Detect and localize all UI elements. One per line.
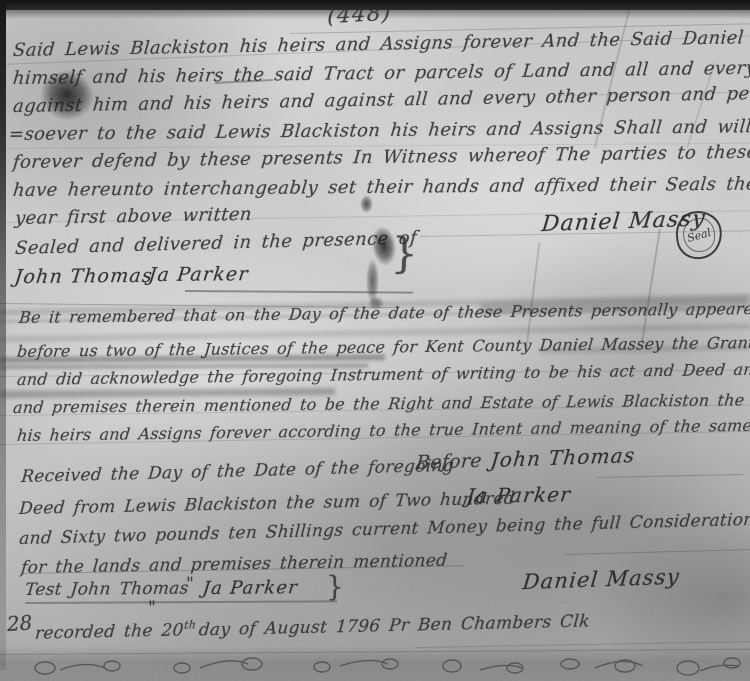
attestation-statement: Sealed and delivered in the presence of [14, 227, 418, 259]
test-witness-signature: Ja Parker [202, 577, 300, 599]
deed-line-4: =soever to the said Lewis Blackiston his… [8, 115, 750, 145]
margin-entry-number: 28 [6, 610, 33, 636]
ack-line-5: his heirs and Assigns forever according … [16, 415, 750, 445]
witness-signature-1: John Thomas [13, 265, 154, 288]
ink-blot [360, 195, 373, 213]
ditto-mark: " [186, 574, 194, 594]
ink-blot [368, 296, 384, 310]
recording-note: recorded the 20thday of August 1796 Pr B… [34, 609, 591, 643]
test-brace: } [326, 570, 344, 603]
test-label: Test John Thomas [24, 579, 190, 600]
ack-line-3: and did acknowledge the foregoing Instru… [16, 358, 750, 389]
receipt-line-1: Received the Day of the Date of the fore… [20, 456, 454, 487]
deed-line-2: himself and his heirs the said Tract or … [12, 56, 750, 89]
ditto-mark-below: " [148, 598, 156, 618]
receipt-line-2: Deed from Lewis Blackiston the sum of Tw… [18, 489, 516, 519]
scan-line [565, 549, 750, 555]
deed-line-6: have hereunto interchangeably set their … [12, 173, 750, 201]
deed-line-7: year first above written [14, 204, 253, 229]
underline [25, 600, 337, 603]
scan-edge-top-fade [0, 10, 750, 19]
recording-suffix: day of August 1796 Pr Ben Chambers Clk [198, 611, 591, 640]
recording-prefix: recorded the 20 [34, 620, 184, 643]
receipt-line-4: for the lands and premises therein menti… [20, 551, 448, 578]
receipt-signature: Daniel Massy [521, 565, 681, 595]
scanned-deed-page: (448) Said Lewis Blackiston his heirs an… [0, 0, 750, 681]
seal-inner-ring: Seal [683, 218, 716, 253]
signature-rule-line [185, 290, 413, 294]
flourish-marks [0, 648, 750, 681]
ack-line-1: Be it remembered that on the Day of the … [18, 299, 750, 327]
recording-ordinal: th [184, 618, 197, 631]
justice-signature-1: John Thomas [489, 443, 636, 472]
scan-edge-top [0, 0, 750, 10]
scan-edge-left [0, 0, 6, 670]
seal-label: Seal [686, 226, 713, 245]
scan-line [598, 474, 743, 478]
witness-signature-2: Ja Parker [147, 263, 249, 286]
